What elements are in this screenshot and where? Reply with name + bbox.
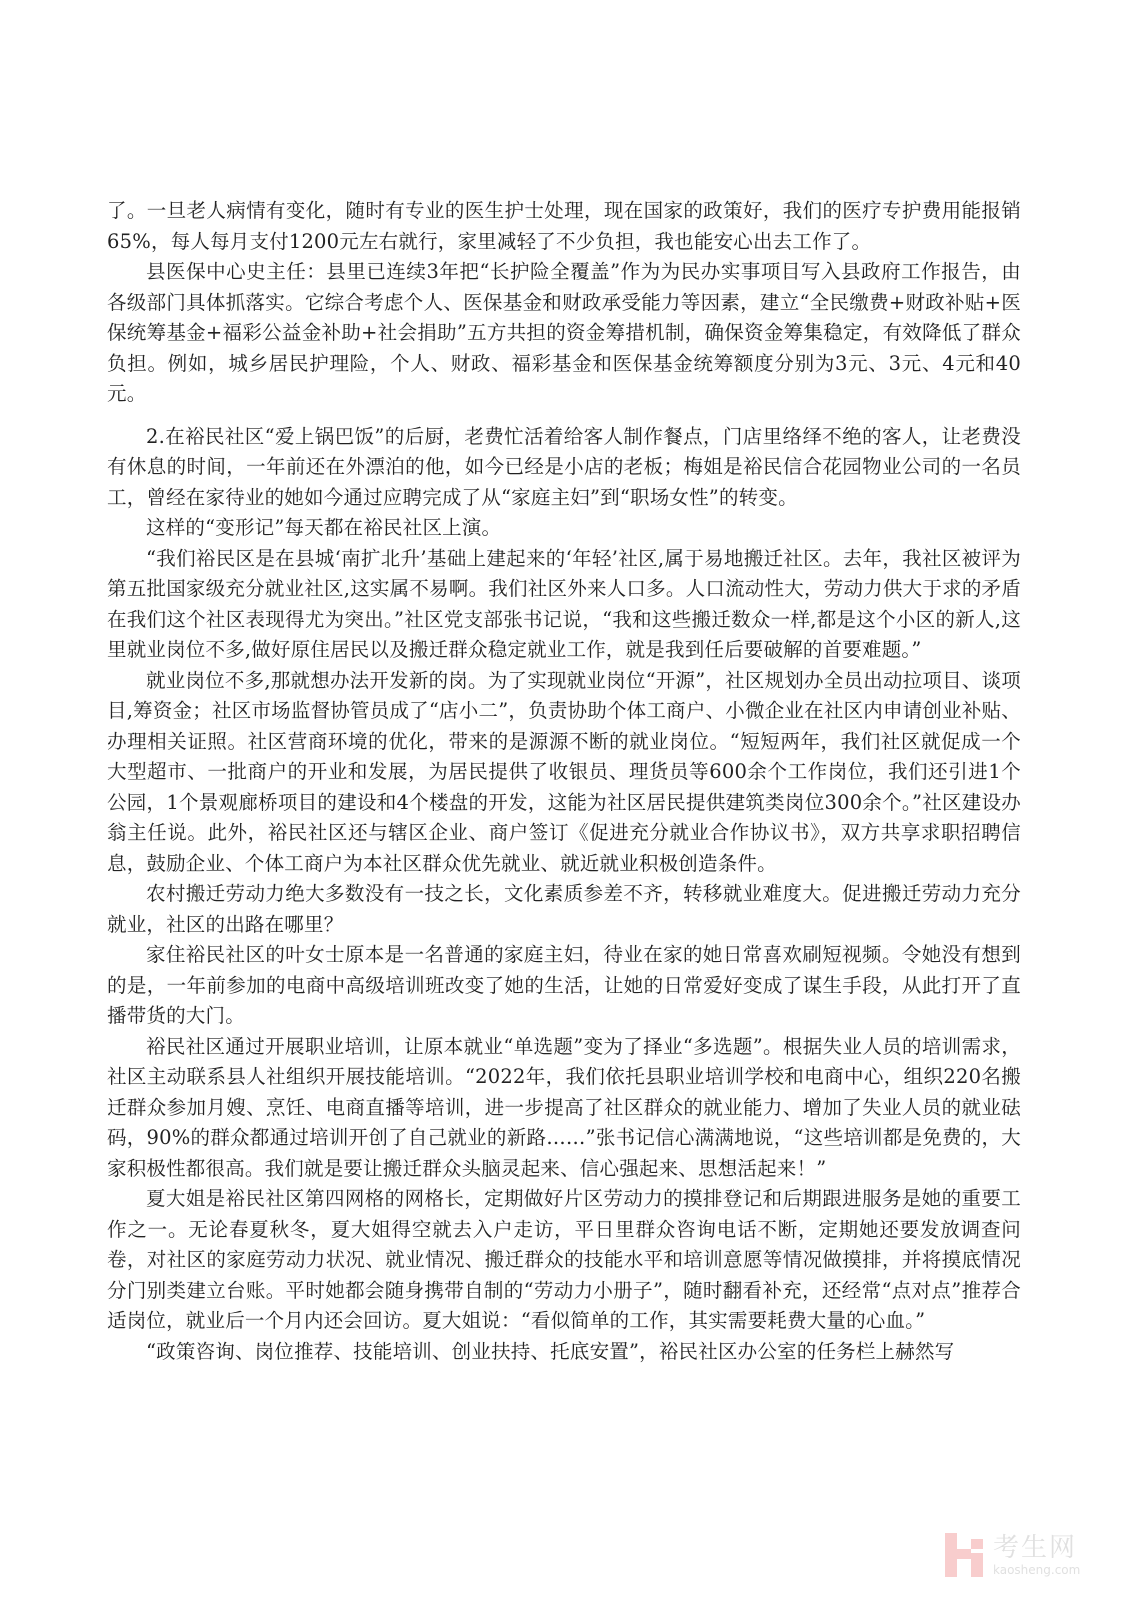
- kaosheng-logo-icon: [945, 1533, 985, 1577]
- document-body: 了。一旦老人病情有变化，随时有专业的医生护士处理，现在国家的政策好，我们的医疗专…: [107, 196, 1021, 1367]
- paragraph: “政策咨询、岗位推荐、技能培训、创业扶持、托底安置”，裕民社区办公室的任务栏上赫…: [107, 1337, 1021, 1368]
- paragraph: 这样的“变形记”每天都在裕民社区上演。: [107, 513, 1021, 544]
- watermark: 考生网 kaosheng.com: [945, 1530, 1125, 1580]
- paragraph: 农村搬迁劳动力绝大多数没有一技之长，文化素质参差不齐，转移就业难度大。促进搬迁劳…: [107, 879, 1021, 940]
- paragraph: 夏大姐是裕民社区第四网格的网格长，定期做好片区劳动力的摸排登记和后期跟进服务是她…: [107, 1184, 1021, 1337]
- paragraph: 了。一旦老人病情有变化，随时有专业的医生护士处理，现在国家的政策好，我们的医疗专…: [107, 196, 1021, 257]
- paragraph: 就业岗位不多,那就想办法开发新的岗。为了实现就业岗位“开源”，社区规划办全员出动…: [107, 666, 1021, 880]
- paragraph: 裕民社区通过开展职业培训，让原本就业“单选题”变为了择业“多选题”。根据失业人员…: [107, 1032, 1021, 1185]
- paragraph: “我们裕民区是在县城‘南扩北升’基础上建起来的‘年轻’社区,属于易地搬迁社区。去…: [107, 544, 1021, 666]
- watermark-domain: kaosheng.com: [993, 1564, 1080, 1576]
- paragraph: 家住裕民社区的叶女士原本是一名普通的家庭主妇，待业在家的她日常喜欢刷短视频。令她…: [107, 940, 1021, 1032]
- paragraph: 县医保中心史主任：县里已连续3年把“长护险全覆盖”作为为民办实事项目写入县政府工…: [107, 257, 1021, 410]
- watermark-name: 考生网: [993, 1535, 1080, 1561]
- paragraph: 2.在裕民社区“爱上锅巴饭”的后厨，老费忙活着给客人制作餐点，门店里络绎不绝的客…: [107, 422, 1021, 514]
